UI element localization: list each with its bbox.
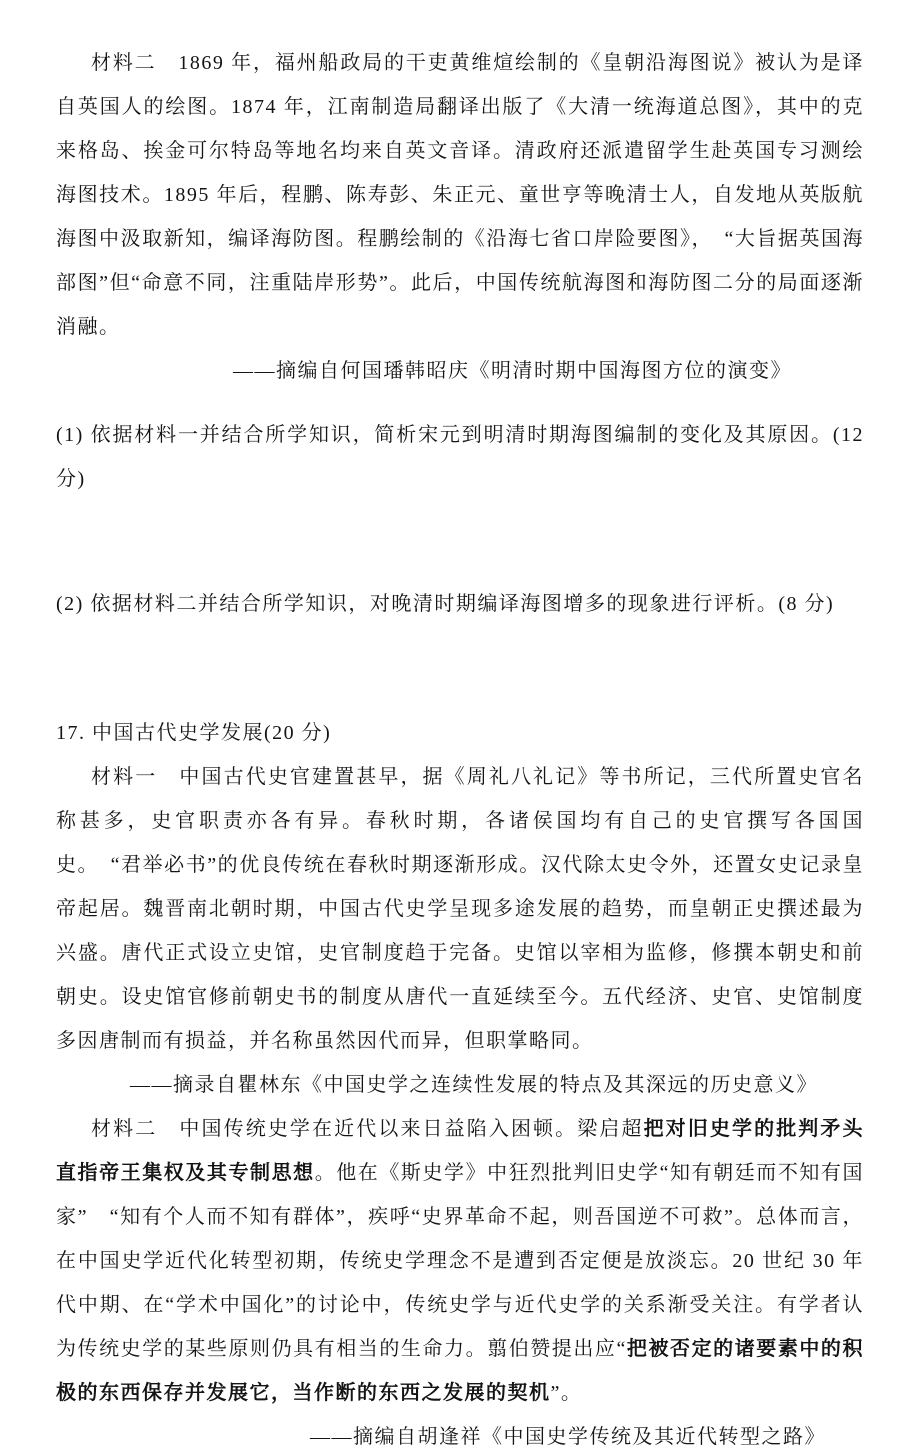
question-2: (2) 依据材料二并结合所学知识，对晚清时期编译海图增多的现象进行评析。(8 分… — [56, 582, 864, 626]
exam-page: 材料二 1869 年，福州船政局的干吏黄维煊绘制的《皇朝沿海图说》被认为是译自英… — [0, 0, 900, 1452]
q17-material1-paragraph: 材料一 中国古代史官建置甚早，据《周礼八礼记》等书所记，三代所置史官名称甚多，史… — [56, 755, 864, 1063]
q17-material2-text-end: ”。 — [551, 1382, 583, 1404]
q17-material2-text-middle: 。他在《斯史学》中狂烈批判旧史学“知有朝廷而不知有国家” “知有个人而不知有群体… — [56, 1162, 864, 1360]
question-17-heading: 17. 中国古代史学发展(20 分) — [56, 711, 864, 755]
q16-material2-paragraph: 材料二 1869 年，福州船政局的干吏黄维煊绘制的《皇朝沿海图说》被认为是译自英… — [56, 41, 864, 349]
q17-source1-citation: ——摘录自瞿林东《中国史学之连续性发展的特点及其深远的历史意义》 — [56, 1063, 864, 1107]
question-1: (1) 依据材料一并结合所学知识，简析宋元到明清时期海图编制的变化及其原因。(1… — [56, 413, 864, 501]
q17-material2-text-start: 材料二 中国传统史学在近代以来日益陷入困顿。梁启超 — [91, 1118, 644, 1140]
q17-material2-paragraph: 材料二 中国传统史学在近代以来日益陷入困顿。梁启超把对旧史学的批判矛头直指帝王集… — [56, 1107, 864, 1415]
q17-source2-citation: ——摘编自胡逢祥《中国史学传统及其近代转型之路》 — [56, 1415, 864, 1452]
q16-source-citation: ——摘编自何国璠韩昭庆《明清时期中国海图方位的演变》 — [56, 349, 864, 393]
